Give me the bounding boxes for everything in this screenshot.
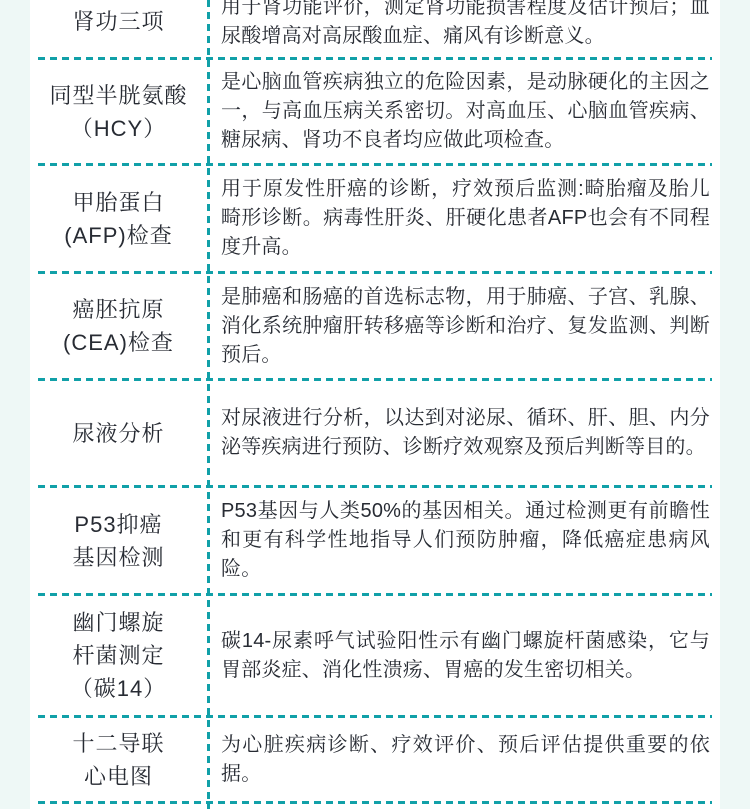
test-name-cell: 同型半胱氨酸 （HCY）	[30, 60, 207, 163]
table-row: 十二导联 心电图 为心脏疾病诊断、疗效评价、预后评估提供重要的依据。	[30, 718, 720, 801]
test-description-cell: 是肺癌和肠癌的首选标志物，用于肺癌、子宫、乳腺、消化系统肿瘤肝转移癌等诊断和治疗…	[210, 274, 720, 378]
test-name-cell: 肾功三项	[30, 0, 207, 50]
table-row: 同型半胱氨酸 （HCY） 是心脑血管疾病独立的危险因素，是动脉硬化的主因之一，与…	[30, 60, 720, 163]
test-description-text: 是心脑血管疾病独立的危险因素，是动脉硬化的主因之一，与高血压病关系密切。对高血压…	[221, 68, 710, 155]
page-background: { "theme": { "page_bg": "#eef8f6", "tabl…	[0, 0, 750, 809]
table-row: 幽门螺旋 杆菌测定 （碳14） 碳14-尿素呼气试验阳性示有幽门螺旋杆菌感染，它…	[30, 596, 720, 715]
table-row: P53抑癌 基因检测 P53基因与人类50%的基因相关。通过检测更有前瞻性和更有…	[30, 488, 720, 593]
test-description-text: 为心脏疾病诊断、疗效评价、预后评估提供重要的依据。	[221, 731, 710, 789]
test-description-text: 碳14-尿素呼气试验阳性示有幽门螺旋杆菌感染，它与胃部炎症、消化性溃疡、胃癌的发…	[221, 627, 710, 685]
test-description-cell: 对尿液进行分析，以达到对泌尿、循环、肝、胆、内分泌等疾病进行预防、诊断疗效观察及…	[210, 381, 720, 485]
table-row: 甲胎蛋白 (AFP)检查 用于原发性肝癌的诊断，疗效预后监测:畸胎瘤及胎儿畸形诊…	[30, 166, 720, 271]
test-description-cell: 碳14-尿素呼气试验阳性示有幽门螺旋杆菌感染，它与胃部炎症、消化性溃疡、胃癌的发…	[210, 596, 720, 715]
row-divider	[38, 801, 712, 804]
table-row: 尿液分析 对尿液进行分析，以达到对泌尿、循环、肝、胆、内分泌等疾病进行预防、诊断…	[30, 381, 720, 485]
table-row: 肾功三项 用于肾功能评价，测定肾功能损害程度及估计预后；血尿酸增高对高尿酸血症、…	[30, 0, 720, 57]
test-description-text: 是肺癌和肠癌的首选标志物，用于肺癌、子宫、乳腺、消化系统肿瘤肝转移癌等诊断和治疗…	[221, 283, 710, 370]
test-description-cell: 用于肾功能评价，测定肾功能损害程度及估计预后；血尿酸增高对高尿酸血症、痛风有诊断…	[210, 0, 720, 50]
test-name-cell: 甲胎蛋白 (AFP)检查	[30, 166, 207, 271]
table-row: 癌胚抗原 (CEA)检查 是肺癌和肠癌的首选标志物，用于肺癌、子宫、乳腺、消化系…	[30, 274, 720, 378]
test-name-cell: 幽门螺旋 杆菌测定 （碳14）	[30, 596, 207, 715]
test-description-text: P53基因与人类50%的基因相关。通过检测更有前瞻性和更有科学性地指导人们预防肿…	[221, 497, 710, 584]
test-description-text: 用于肾功能评价，测定肾功能损害程度及估计预后；血尿酸增高对高尿酸血症、痛风有诊断…	[221, 0, 710, 51]
medical-test-table: 肾功三项 用于肾功能评价，测定肾功能损害程度及估计预后；血尿酸增高对高尿酸血症、…	[30, 0, 720, 809]
test-description-text: 用于原发性肝癌的诊断，疗效预后监测:畸胎瘤及胎儿畸形诊断。病毒性肝炎、肝硬化患者…	[221, 175, 710, 262]
test-description-cell: 为心脏疾病诊断、疗效评价、预后评估提供重要的依据。	[210, 718, 720, 801]
test-name-cell: 癌胚抗原 (CEA)检查	[30, 274, 207, 378]
test-name-cell: 十二导联 心电图	[30, 718, 207, 801]
column-divider	[207, 0, 210, 809]
test-description-cell: 是心脑血管疾病独立的危险因素，是动脉硬化的主因之一，与高血压病关系密切。对高血压…	[210, 60, 720, 163]
test-name-cell: P53抑癌 基因检测	[30, 488, 207, 593]
test-description-text: 对尿液进行分析，以达到对泌尿、循环、肝、胆、内分泌等疾病进行预防、诊断疗效观察及…	[221, 404, 710, 462]
test-description-cell: 用于原发性肝癌的诊断，疗效预后监测:畸胎瘤及胎儿畸形诊断。病毒性肝炎、肝硬化患者…	[210, 166, 720, 271]
test-name-cell: 尿液分析	[30, 381, 207, 485]
test-description-cell: P53基因与人类50%的基因相关。通过检测更有前瞻性和更有科学性地指导人们预防肿…	[210, 488, 720, 593]
